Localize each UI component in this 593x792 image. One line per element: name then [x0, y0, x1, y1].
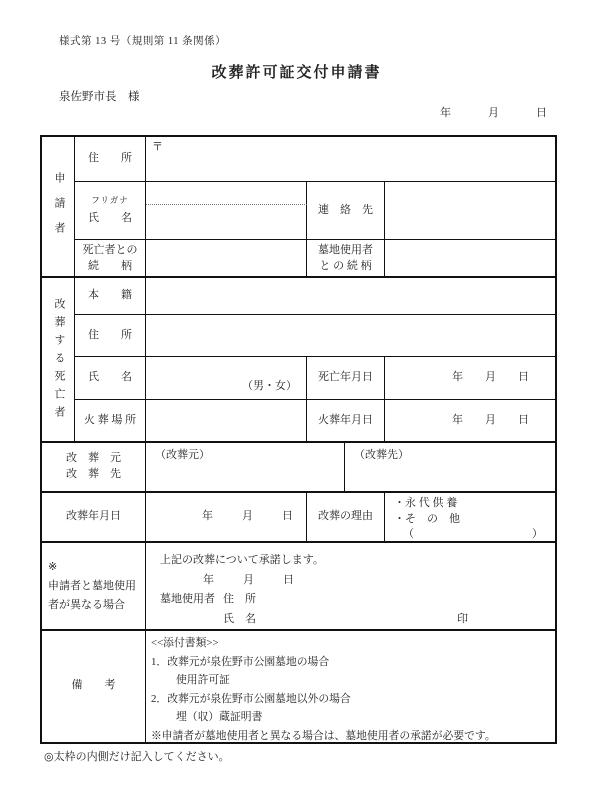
consent-name-line: 氏 名印: [160, 610, 555, 630]
relation-grave-user-field[interactable]: [385, 240, 555, 277]
month-label: 月: [242, 509, 253, 525]
form-table: 申請者 住 所 〒 フリガナ 氏 名 連 絡 先 死亡者との 続 柄 墓地使用者…: [40, 135, 557, 744]
attachments-note: ※申請者が墓地使用者と異なる場合は、墓地使用者の承諾が必要です。: [151, 727, 555, 746]
reburial-date-field[interactable]: 年月日: [146, 492, 307, 542]
year-label: 年: [202, 509, 213, 525]
attachments-item2: 2．改葬元が泉佐野市公園墓地以外の場合: [151, 690, 555, 709]
application-date: 年 月 日: [440, 104, 547, 120]
postal-mark: 〒: [152, 140, 163, 156]
attachments-item1-doc: 使用許可証: [151, 671, 555, 690]
deceased-address-field[interactable]: [146, 315, 555, 357]
day-label: 日: [536, 104, 547, 120]
section-divider: [42, 629, 555, 631]
gender-note: （男・女）: [242, 379, 297, 395]
consent-statement: 上記の改葬について承諾します。: [160, 551, 555, 571]
consent-address-label: 住 所: [223, 590, 256, 610]
addressee: 泉佐野市長 様: [59, 88, 140, 104]
cremation-place-field[interactable]: [146, 400, 307, 442]
day-label: 日: [282, 509, 293, 525]
section-divider: [42, 441, 555, 443]
month-label: 月: [485, 370, 496, 386]
name-label: 氏 名: [88, 211, 132, 227]
page-title: 改葬許可証交付申請書: [0, 61, 593, 82]
grave-user-label: 墓地使用者: [160, 590, 215, 610]
consent-date: 年月日: [203, 571, 555, 591]
year-label: 年: [440, 104, 451, 120]
month-label: 月: [488, 104, 499, 120]
applicant-section-label: 申請者: [42, 137, 75, 277]
section-divider: [42, 491, 555, 493]
reburial-from-field[interactable]: （改葬元）: [146, 442, 345, 492]
death-date-field[interactable]: 年月日: [385, 357, 555, 400]
section-divider: [42, 276, 555, 278]
applicant-address-field[interactable]: 〒: [146, 137, 555, 182]
reburial-from-to-label: 改 葬 元 改 葬 先: [42, 442, 146, 492]
year-label: 年: [203, 571, 214, 591]
deceased-address-label: 住 所: [75, 315, 146, 357]
footer-note: ◎太枠の内側だけ記入してください。: [44, 748, 230, 764]
contact-field[interactable]: [385, 182, 555, 240]
form-number: 様式第 13 号（規則第 11 条関係）: [59, 33, 226, 48]
seal-label: 印: [457, 610, 468, 630]
furigana-label: フリガナ: [91, 194, 129, 206]
furigana-divider: [146, 204, 307, 205]
relation-deceased-field[interactable]: [146, 240, 307, 277]
attachments-item2-doc: 埋（収）蔵証明書: [151, 708, 555, 727]
reburial-reason-field[interactable]: ・永 代 供 養 ・そ の 他 （）: [385, 492, 555, 542]
applicant-name-field[interactable]: [146, 182, 307, 240]
reburial-date-label: 改葬年月日: [42, 492, 146, 542]
remarks-content: <<添付書類>> 1．改葬元が泉佐野市公園墓地の場合 使用許可証 2．改葬元が泉…: [146, 630, 555, 742]
attachments-header: <<添付書類>>: [151, 634, 555, 653]
day-label: 日: [283, 571, 294, 591]
reason-option-other: ・そ の 他: [394, 512, 543, 528]
cremation-date-label: 火葬年月日: [307, 400, 385, 442]
reburial-reason-label: 改葬の理由: [307, 492, 385, 542]
deceased-name-label: 氏 名: [75, 357, 146, 400]
consent-field[interactable]: 上記の改葬について承諾します。 年月日 墓地使用者住 所 氏 名印: [146, 542, 555, 630]
section-divider: [42, 541, 555, 543]
reburial-from-placeholder: （改葬元）: [155, 448, 210, 464]
relation-grave-user-label: 墓地使用者 と の 続 柄: [307, 240, 385, 277]
year-label: 年: [452, 370, 463, 386]
month-label: 月: [243, 571, 254, 591]
domicile-label: 本 籍: [75, 277, 146, 315]
relation-deceased-label: 死亡者との 続 柄: [75, 240, 146, 277]
contact-label: 連 絡 先: [307, 182, 385, 240]
reburial-to-placeholder: （改葬先）: [354, 448, 409, 464]
applicant-address-label: 住 所: [75, 137, 146, 182]
applicant-name-label: フリガナ 氏 名: [75, 182, 146, 240]
reburial-to-field[interactable]: （改葬先）: [345, 442, 555, 492]
cremation-place-label: 火 葬 場 所: [75, 400, 146, 442]
deceased-name-field[interactable]: （男・女）: [146, 357, 307, 400]
consent-condition-label: ※ 申請者と墓地使用 者が異なる場合: [42, 542, 146, 630]
reason-option-perpetual: ・永 代 供 養: [394, 496, 543, 512]
month-label: 月: [485, 413, 496, 429]
attachments-item1: 1．改葬元が泉佐野市公園墓地の場合: [151, 653, 555, 672]
remarks-label: 備 考: [42, 630, 146, 742]
year-label: 年: [452, 413, 463, 429]
cremation-date-field[interactable]: 年月日: [385, 400, 555, 442]
day-label: 日: [518, 370, 529, 386]
day-label: 日: [518, 413, 529, 429]
consent-name-label: 氏 名: [223, 613, 256, 625]
domicile-field[interactable]: [146, 277, 555, 315]
deceased-section-label: 改葬する死亡者: [42, 277, 75, 442]
consent-user-address-line: 墓地使用者住 所: [160, 590, 555, 610]
death-date-label: 死亡年月日: [307, 357, 385, 400]
